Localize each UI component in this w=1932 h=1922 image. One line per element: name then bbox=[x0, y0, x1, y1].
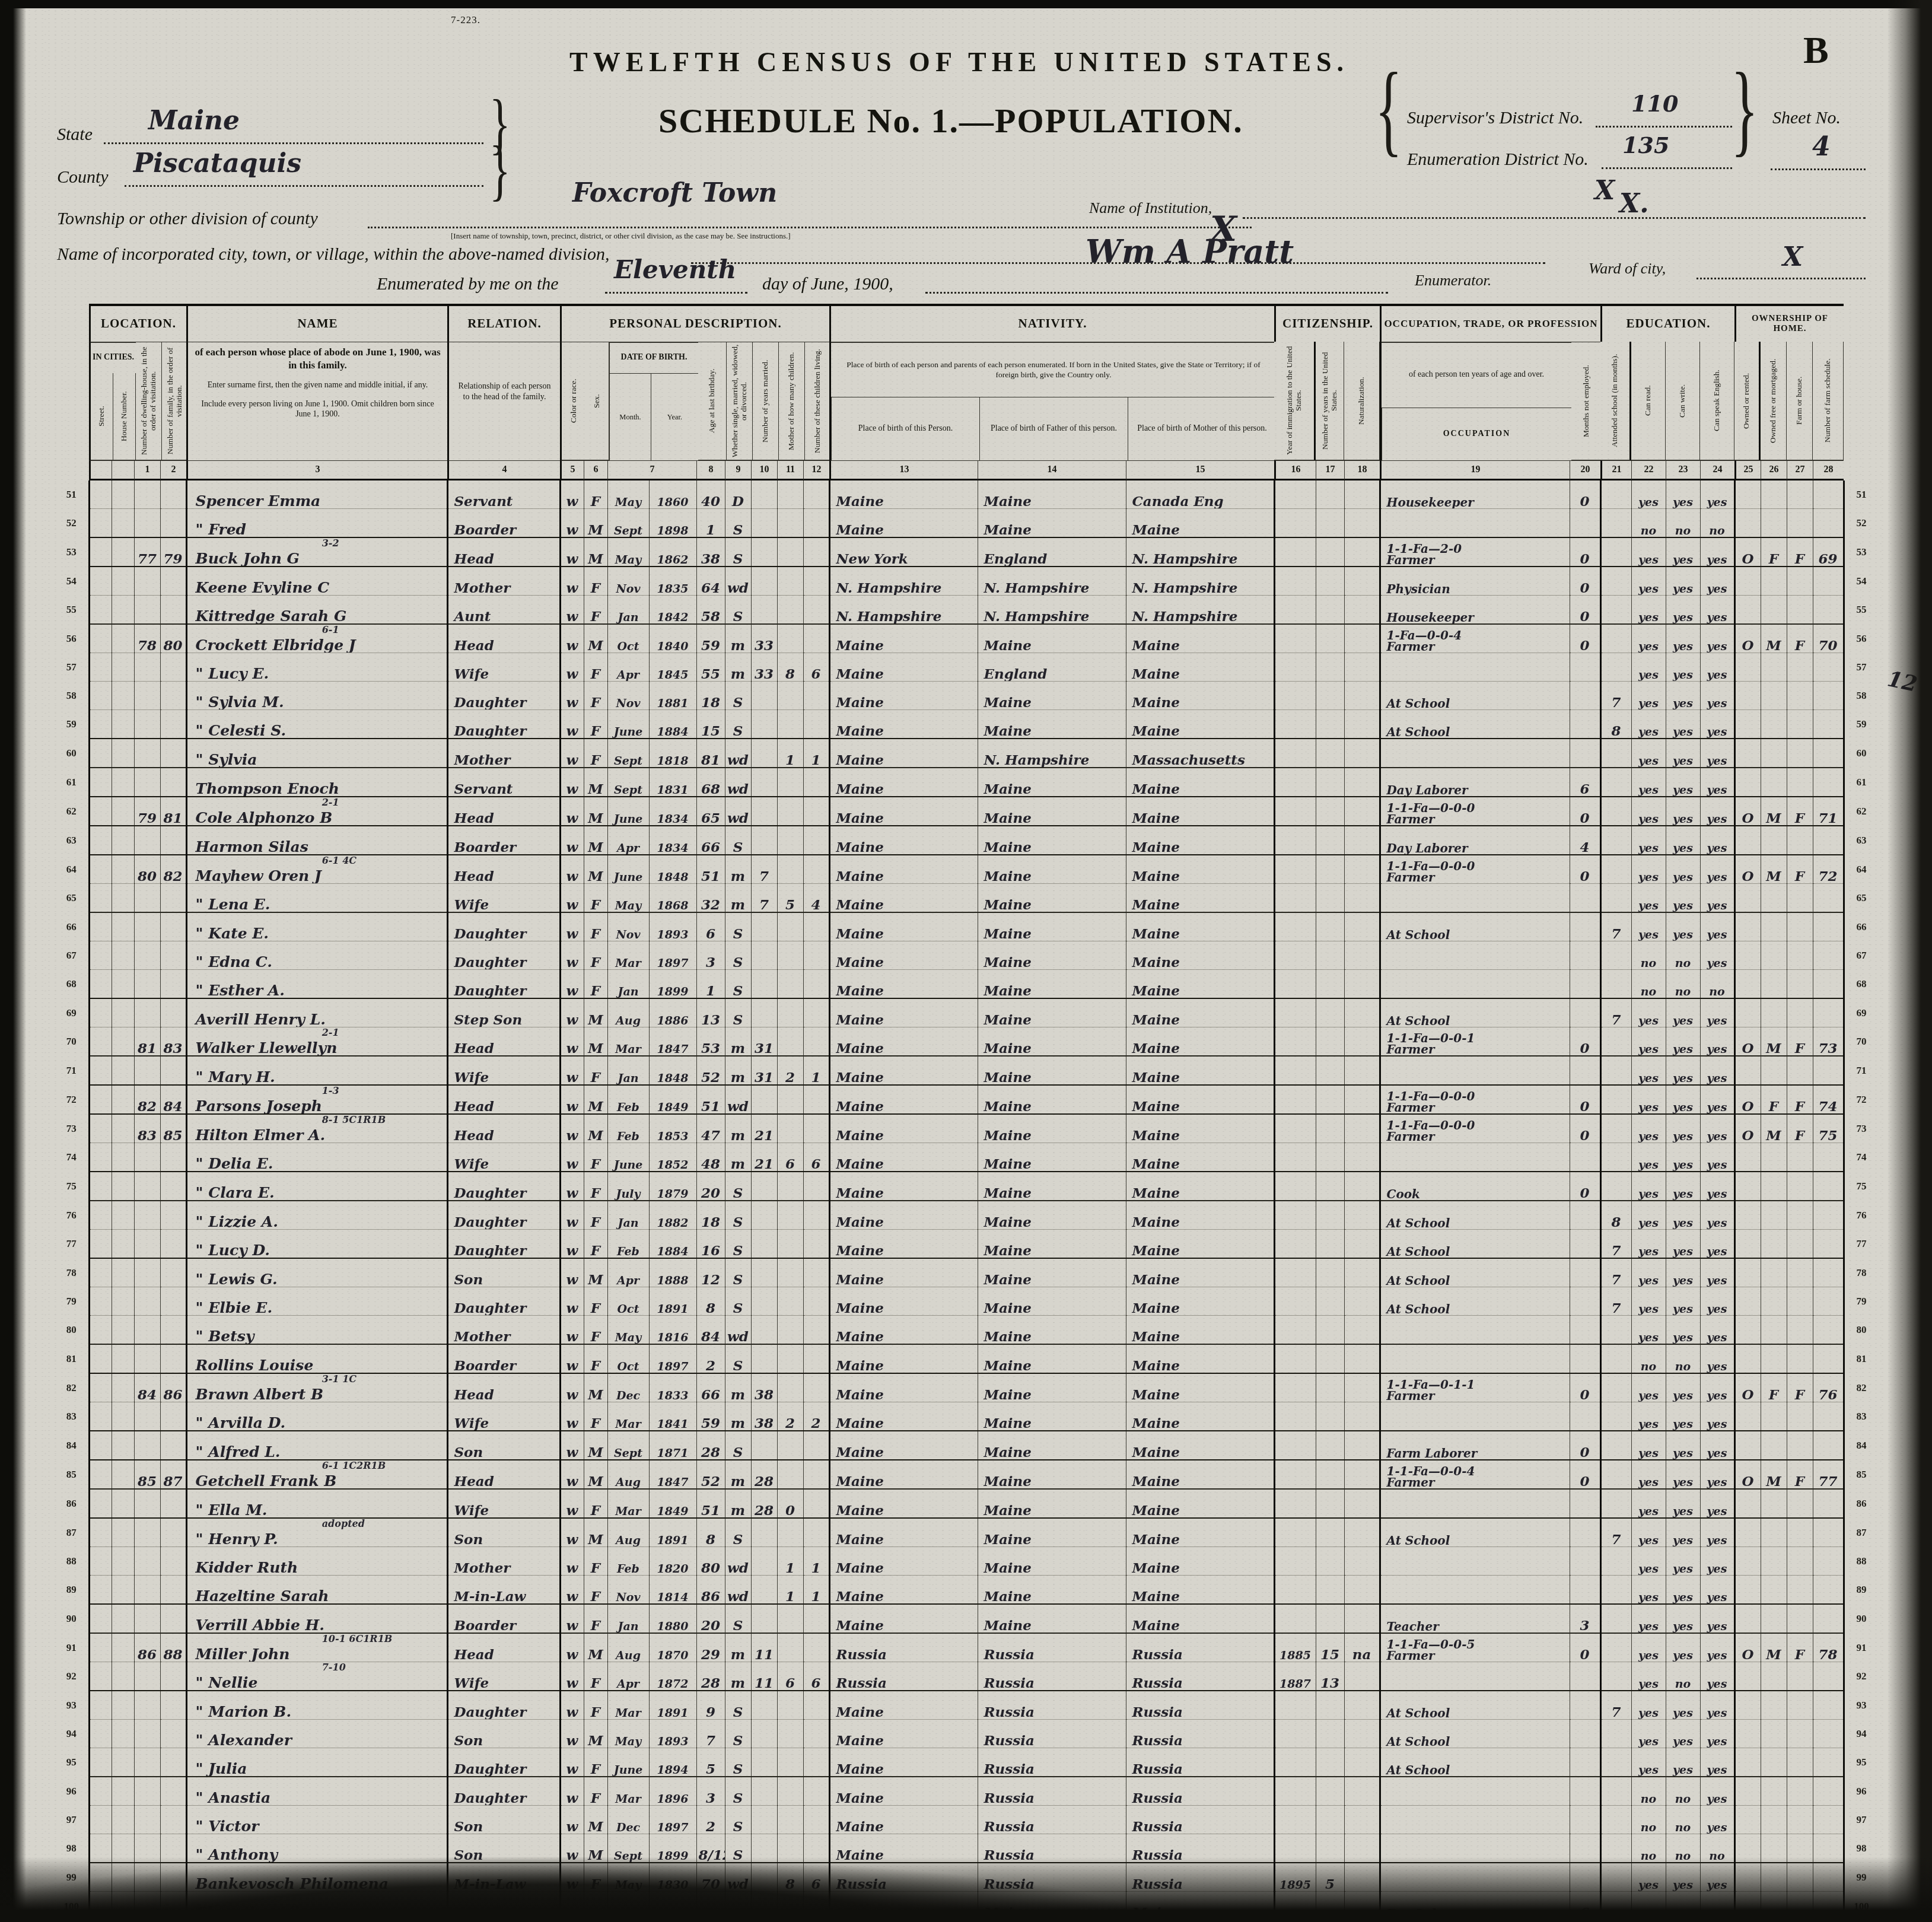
cell-fh bbox=[1787, 1258, 1813, 1287]
row-number-gutter-right bbox=[1844, 304, 1878, 480]
cell-dwell bbox=[134, 1201, 160, 1230]
cell-pob: N. Hampshire bbox=[829, 596, 978, 625]
cell-mc bbox=[777, 855, 803, 884]
cell-street bbox=[89, 768, 112, 797]
cell-fm bbox=[1761, 1547, 1787, 1576]
cell-age: 40 bbox=[696, 480, 725, 509]
cell-street bbox=[89, 826, 112, 855]
cell-fs bbox=[1813, 1576, 1844, 1605]
cell-mne: 3 bbox=[1570, 1604, 1600, 1633]
census-row: 90Verrill Abbie H.BoarderwFJan188020SMai… bbox=[55, 1604, 1878, 1633]
cell-yus bbox=[1316, 1518, 1344, 1547]
enumerated-post-label: day of June, 1900, bbox=[762, 274, 893, 294]
cell-house bbox=[112, 826, 134, 855]
cell-rel: Son bbox=[447, 1258, 560, 1287]
cell-sch: 7 bbox=[1600, 912, 1631, 941]
cell-wr: yes bbox=[1666, 596, 1700, 625]
cell-pob: New York bbox=[829, 537, 978, 567]
sheet-line bbox=[1771, 168, 1866, 170]
cell-ym bbox=[751, 797, 777, 826]
cell-pm: Maine bbox=[1126, 1373, 1274, 1402]
cell-row-number-right: 89 bbox=[1844, 1576, 1878, 1605]
cell-pob: Maine bbox=[829, 1258, 978, 1287]
cell-color: w bbox=[560, 1027, 584, 1057]
township-label: Township or other division of county bbox=[57, 209, 318, 229]
cell-fh bbox=[1787, 1720, 1813, 1748]
cell-cl: 1 bbox=[803, 739, 829, 768]
cell-sch bbox=[1600, 480, 1631, 509]
cell-fs bbox=[1813, 739, 1844, 768]
cell-occ: 1-1-Fa—0-0-5 Farmer bbox=[1380, 1633, 1570, 1662]
cell-own: O bbox=[1734, 1085, 1761, 1114]
cell-sex: F bbox=[584, 970, 607, 999]
census-row: 60" SylviaMotherwFSept181881wd11MaineN. … bbox=[55, 739, 1878, 768]
cell-rd: yes bbox=[1631, 480, 1666, 509]
census-row: 74" Delia E.WifewFJune185248m2166MaineMa… bbox=[55, 1143, 1878, 1172]
cell-own bbox=[1734, 509, 1761, 538]
cell-own: O bbox=[1734, 1114, 1761, 1143]
cell-wr: yes bbox=[1666, 1316, 1700, 1345]
col-header-months-not-employed: Months not employed. bbox=[1571, 342, 1600, 460]
cell-wr: yes bbox=[1666, 710, 1700, 739]
cell-fs bbox=[1813, 1230, 1844, 1259]
cell-sch bbox=[1600, 1720, 1631, 1748]
cell-dwell bbox=[134, 1230, 160, 1259]
scan-edge-left bbox=[0, 0, 26, 1922]
census-row: 75" Clara E.DaughterwFJuly187920SMaineMa… bbox=[55, 1172, 1878, 1201]
cell-name: " Alexander bbox=[186, 1720, 447, 1748]
census-row: 858587Getchell Frank B6-1 1C2R1BHeadwMAu… bbox=[55, 1460, 1878, 1489]
cell-sch bbox=[1600, 509, 1631, 538]
cell-house bbox=[112, 710, 134, 739]
cell-occ: 1-1-Fa—0-0-0 Farmer bbox=[1380, 1085, 1570, 1114]
cell-cl bbox=[803, 912, 829, 941]
cell-pm: Russia bbox=[1126, 1691, 1274, 1720]
cell-row-number-left: 83 bbox=[55, 1402, 89, 1431]
cell-nat bbox=[1344, 537, 1380, 567]
cell-house bbox=[112, 1114, 134, 1143]
cell-fh bbox=[1787, 1402, 1813, 1431]
cell-rel: Daughter bbox=[447, 970, 560, 999]
cell-street bbox=[89, 1691, 112, 1720]
cell-fs bbox=[1813, 480, 1844, 509]
col-header-naturalization: Naturalization. bbox=[1344, 342, 1380, 460]
cell-yus bbox=[1316, 1230, 1344, 1259]
cell-pf: N. Hampshire bbox=[978, 739, 1126, 768]
cell-month: Oct bbox=[607, 1287, 649, 1316]
cell-fh: F bbox=[1787, 797, 1813, 826]
cell-year: 1880 bbox=[649, 1604, 696, 1633]
cell-mc bbox=[777, 1316, 803, 1345]
cell-pob: Maine bbox=[829, 1720, 978, 1748]
cell-pf: Russia bbox=[978, 1748, 1126, 1777]
cell-year: 1820 bbox=[649, 1547, 696, 1576]
cell-house bbox=[112, 855, 134, 884]
cell-wr: no bbox=[1666, 941, 1700, 970]
cell-mc: 6 bbox=[777, 1662, 803, 1691]
cell-rd: yes bbox=[1631, 826, 1666, 855]
cell-mar: S bbox=[725, 596, 751, 625]
cell-fam bbox=[160, 1287, 186, 1316]
cell-nat bbox=[1344, 1547, 1380, 1576]
cell-fh bbox=[1787, 509, 1813, 538]
cell-name: Brawn Albert B3-1 1C bbox=[186, 1373, 447, 1402]
cell-mc bbox=[777, 509, 803, 538]
cell-occ bbox=[1380, 1547, 1570, 1576]
cell-mar: S bbox=[725, 1604, 751, 1633]
cell-nat bbox=[1344, 596, 1380, 625]
group-relation: RELATION. bbox=[447, 304, 560, 342]
cell-rel: Daughter bbox=[447, 1777, 560, 1806]
cell-occ: At School bbox=[1380, 710, 1570, 739]
cell-dwell bbox=[134, 1720, 160, 1748]
cell-mar: wd bbox=[725, 567, 751, 596]
cell-occ: 1-Fa—0-0-4 Farmer bbox=[1380, 624, 1570, 653]
schedule-title: SCHEDULE No. 1.—POPULATION. bbox=[658, 101, 1243, 141]
cell-pm: N. Hampshire bbox=[1126, 537, 1274, 567]
cell-house bbox=[112, 1287, 134, 1316]
cell-fh bbox=[1787, 912, 1813, 941]
cell-name: Rollins Louise bbox=[186, 1344, 447, 1373]
cell-cl bbox=[803, 826, 829, 855]
cell-street bbox=[89, 1777, 112, 1806]
cell-nat bbox=[1344, 912, 1380, 941]
cell-iy bbox=[1274, 1344, 1316, 1373]
cell-mc bbox=[777, 1460, 803, 1489]
col-header-owned-or-rented: Owned or rented. bbox=[1734, 342, 1761, 460]
cell-ym bbox=[751, 480, 777, 509]
cell-mc bbox=[777, 1518, 803, 1547]
cell-iy bbox=[1274, 884, 1316, 913]
cell-own bbox=[1734, 1748, 1761, 1777]
cell-color: w bbox=[560, 1402, 584, 1431]
cell-en: yes bbox=[1700, 739, 1734, 768]
cell-mar: S bbox=[725, 826, 751, 855]
cell-cl bbox=[803, 1027, 829, 1057]
cell-row-number-left: 76 bbox=[55, 1201, 89, 1230]
cell-cl bbox=[803, 1373, 829, 1402]
cell-fm bbox=[1761, 1806, 1787, 1834]
cell-house bbox=[112, 1777, 134, 1806]
cell-mc bbox=[777, 537, 803, 567]
cell-en: yes bbox=[1700, 1056, 1734, 1085]
cell-ym: 38 bbox=[751, 1402, 777, 1431]
cell-street bbox=[89, 1056, 112, 1085]
cell-yus bbox=[1316, 826, 1344, 855]
cell-dwell bbox=[134, 1344, 160, 1373]
cell-occ: At School bbox=[1380, 912, 1570, 941]
cell-row-number-right: 97 bbox=[1844, 1806, 1878, 1834]
cell-mne bbox=[1570, 1806, 1600, 1834]
cell-en: yes bbox=[1700, 1287, 1734, 1316]
cell-color: w bbox=[560, 537, 584, 567]
cell-street bbox=[89, 1143, 112, 1172]
cell-dwell bbox=[134, 1777, 160, 1806]
cell-mc bbox=[777, 1287, 803, 1316]
cell-fh bbox=[1787, 480, 1813, 509]
cell-fs bbox=[1813, 1748, 1844, 1777]
cell-fm bbox=[1761, 1258, 1787, 1287]
census-row: 63Harmon SilasBoarderwMApr183466SMaineMa… bbox=[55, 826, 1878, 855]
cell-age: 51 bbox=[696, 1489, 725, 1518]
cell-row-number-left: 78 bbox=[55, 1258, 89, 1287]
cell-pob: Maine bbox=[829, 710, 978, 739]
cell-fs bbox=[1813, 1287, 1844, 1316]
cell-own bbox=[1734, 1691, 1761, 1720]
cell-dwell bbox=[134, 1806, 160, 1834]
cell-pf: Maine bbox=[978, 768, 1126, 797]
cell-occ: 1-1-Fa—2-0 Farmer bbox=[1380, 537, 1570, 567]
cell-wr: yes bbox=[1666, 1518, 1700, 1547]
cell-mne bbox=[1570, 739, 1600, 768]
cell-age: 2 bbox=[696, 1806, 725, 1834]
cell-nat bbox=[1344, 509, 1380, 538]
cell-nat bbox=[1344, 1777, 1380, 1806]
cell-sch: 8 bbox=[1600, 710, 1631, 739]
cell-sex: F bbox=[584, 1402, 607, 1431]
col-header-children-living: Number of these children living. bbox=[805, 342, 829, 460]
cell-pf: Maine bbox=[978, 1402, 1126, 1431]
cell-mar: S bbox=[725, 1258, 751, 1287]
cell-en: yes bbox=[1700, 480, 1734, 509]
cell-mne: 0 bbox=[1570, 567, 1600, 596]
cell-color: w bbox=[560, 1258, 584, 1287]
cell-year: 1891 bbox=[649, 1518, 696, 1547]
cell-fam bbox=[160, 1576, 186, 1605]
cell-yus bbox=[1316, 884, 1344, 913]
cell-pf: Maine bbox=[978, 1027, 1126, 1057]
cell-fam bbox=[160, 1316, 186, 1345]
cell-nat bbox=[1344, 1143, 1380, 1172]
cell-mc: 1 bbox=[777, 1547, 803, 1576]
col-header-sex: Sex. bbox=[585, 342, 609, 460]
cell-pob: Russia bbox=[829, 1662, 978, 1691]
cell-mc bbox=[777, 1085, 803, 1114]
cell-fm bbox=[1761, 739, 1787, 768]
cell-iy bbox=[1274, 768, 1316, 797]
census-row: 80" BetsyMotherwFMay181684wdMaineMaineMa… bbox=[55, 1316, 1878, 1345]
cell-ym bbox=[751, 1604, 777, 1633]
col-header-mother-of-children: Mother of how many children. bbox=[779, 342, 805, 460]
cell-cl bbox=[803, 941, 829, 970]
census-row: 708183Walker Llewellyn2-1HeadwMMar184753… bbox=[55, 1027, 1878, 1057]
cell-row-number-left: 80 bbox=[55, 1316, 89, 1345]
cell-en: yes bbox=[1700, 1691, 1734, 1720]
cell-age: 52 bbox=[696, 1056, 725, 1085]
census-row: 58" Sylvia M.DaughterwFNov188118SMaineMa… bbox=[55, 682, 1878, 710]
cell-street bbox=[89, 1547, 112, 1576]
cell-fam bbox=[160, 998, 186, 1027]
cell-mne bbox=[1570, 1402, 1600, 1431]
nativity-caption: Place of birth of each person and parent… bbox=[831, 342, 1274, 397]
cell-rd: yes bbox=[1631, 1691, 1666, 1720]
cell-own bbox=[1734, 884, 1761, 913]
cell-wr: yes bbox=[1666, 1748, 1700, 1777]
cell-pf: Maine bbox=[978, 509, 1126, 538]
cell-sch bbox=[1600, 1460, 1631, 1489]
cell-name: " Anastia bbox=[186, 1777, 447, 1806]
cell-street bbox=[89, 1114, 112, 1143]
cell-fam: 88 bbox=[160, 1633, 186, 1662]
cell-month: June bbox=[607, 710, 649, 739]
cell-yus bbox=[1316, 1373, 1344, 1402]
cell-dwell bbox=[134, 1143, 160, 1172]
cell-fs bbox=[1813, 998, 1844, 1027]
cell-rel: Head bbox=[447, 797, 560, 826]
census-row: 76" Lizzie A.DaughterwFJan188218SMaineMa… bbox=[55, 1201, 1878, 1230]
cell-yus bbox=[1316, 855, 1344, 884]
enumerator-annotation: 1-3 bbox=[322, 1086, 339, 1096]
census-row: 66" Kate E.DaughterwFNov18936SMaineMaine… bbox=[55, 912, 1878, 941]
group-education: EDUCATION. bbox=[1600, 304, 1734, 342]
cell-ym bbox=[751, 970, 777, 999]
cell-pob: Maine bbox=[829, 1287, 978, 1316]
cell-pm: Maine bbox=[1126, 1201, 1274, 1230]
cell-occ: 1-1-Fa—0-0-0 Farmer bbox=[1380, 1114, 1570, 1143]
cell-fs bbox=[1813, 1056, 1844, 1085]
cell-name: " Victor bbox=[186, 1806, 447, 1834]
cell-color: w bbox=[560, 1806, 584, 1834]
cell-fs bbox=[1813, 1344, 1844, 1373]
cell-pob: Maine bbox=[829, 1576, 978, 1605]
cell-pf: Russia bbox=[978, 1720, 1126, 1748]
cell-yus bbox=[1316, 1316, 1344, 1345]
cell-year: 1834 bbox=[649, 826, 696, 855]
cell-fs: 70 bbox=[1813, 624, 1844, 653]
enumerator-annotation: 3-2 bbox=[322, 539, 339, 548]
cell-occ: At School bbox=[1380, 998, 1570, 1027]
cell-nat bbox=[1344, 1691, 1380, 1720]
cell-own: O bbox=[1734, 537, 1761, 567]
census-row: 738385Hilton Elmer A.8-1 5C1R1BHeadwMFeb… bbox=[55, 1114, 1878, 1143]
cell-mc bbox=[777, 1230, 803, 1259]
cell-dwell bbox=[134, 682, 160, 710]
cell-street bbox=[89, 1720, 112, 1748]
cell-ym: 7 bbox=[751, 855, 777, 884]
cell-fh bbox=[1787, 1316, 1813, 1345]
cell-fam bbox=[160, 480, 186, 509]
cell-mar: S bbox=[725, 509, 751, 538]
cell-age: 1 bbox=[696, 970, 725, 999]
cell-color: w bbox=[560, 1201, 584, 1230]
institution-x-mark: X bbox=[1594, 176, 1615, 206]
cell-wr: yes bbox=[1666, 567, 1700, 596]
cell-rel: Wife bbox=[447, 653, 560, 682]
cell-rel: Daughter bbox=[447, 912, 560, 941]
cell-yus bbox=[1316, 1402, 1344, 1431]
cell-dwell bbox=[134, 1316, 160, 1345]
col-number-dwell: 1 bbox=[134, 460, 160, 480]
group-personal-description: PERSONAL DESCRIPTION. bbox=[560, 304, 829, 342]
cell-name: Spencer Emma bbox=[186, 480, 447, 509]
census-row: 95" JuliaDaughterwFJune18945SMaineRussia… bbox=[55, 1748, 1878, 1777]
cell-fam bbox=[160, 1720, 186, 1748]
cell-iy bbox=[1274, 567, 1316, 596]
cell-fh bbox=[1787, 941, 1813, 970]
cell-iy bbox=[1274, 1460, 1316, 1489]
cell-fh: F bbox=[1787, 624, 1813, 653]
cell-fm bbox=[1761, 1518, 1787, 1547]
cell-pf: Russia bbox=[978, 1691, 1126, 1720]
cell-color: w bbox=[560, 1230, 584, 1259]
cell-mar: wd bbox=[725, 739, 751, 768]
cell-cl bbox=[803, 855, 829, 884]
cell-iy: 1887 bbox=[1274, 1662, 1316, 1691]
cell-rel: Mother bbox=[447, 567, 560, 596]
cell-nat bbox=[1344, 1201, 1380, 1230]
cell-en: yes bbox=[1700, 826, 1734, 855]
cell-fh bbox=[1787, 1344, 1813, 1373]
cell-pf: Maine bbox=[978, 1489, 1126, 1518]
cell-age: 3 bbox=[696, 941, 725, 970]
cell-mne bbox=[1570, 1316, 1600, 1345]
cell-sch bbox=[1600, 1662, 1631, 1691]
cell-pf: Maine bbox=[978, 1518, 1126, 1547]
cell-iy bbox=[1274, 970, 1316, 999]
cell-mc bbox=[777, 1720, 803, 1748]
cell-rel: Servant bbox=[447, 480, 560, 509]
cell-nat bbox=[1344, 1344, 1380, 1373]
cell-dwell: 78 bbox=[134, 624, 160, 653]
cell-fam bbox=[160, 1172, 186, 1201]
cell-mar: wd bbox=[725, 768, 751, 797]
cell-own: O bbox=[1734, 1460, 1761, 1489]
cell-house bbox=[112, 1344, 134, 1373]
cell-fam bbox=[160, 567, 186, 596]
cell-pf: Maine bbox=[978, 1576, 1126, 1605]
cell-sch bbox=[1600, 1576, 1631, 1605]
cell-wr: yes bbox=[1666, 912, 1700, 941]
cell-occ: 1-1-Fa—0-0-4 Farmer bbox=[1380, 1460, 1570, 1489]
cell-fm: M bbox=[1761, 1460, 1787, 1489]
supervisor-label: Supervisor's District No. bbox=[1407, 108, 1583, 128]
cell-pob: Maine bbox=[829, 1230, 978, 1259]
cell-nat bbox=[1344, 1662, 1380, 1691]
cell-fam bbox=[160, 682, 186, 710]
cell-pf: Maine bbox=[978, 884, 1126, 913]
cell-fam bbox=[160, 1547, 186, 1576]
cell-mc bbox=[777, 1344, 803, 1373]
cell-en: yes bbox=[1700, 884, 1734, 913]
cell-ym: 7 bbox=[751, 884, 777, 913]
cell-pm: Maine bbox=[1126, 1576, 1274, 1605]
cell-own bbox=[1734, 710, 1761, 739]
cell-iy bbox=[1274, 1402, 1316, 1431]
city-label: Name of incorporated city, town, or vill… bbox=[57, 244, 610, 265]
cell-occ bbox=[1380, 1806, 1570, 1834]
cell-house bbox=[112, 1431, 134, 1460]
cell-wr: no bbox=[1666, 970, 1700, 999]
cell-sch: 7 bbox=[1600, 1691, 1631, 1720]
cell-row-number-left: 87 bbox=[55, 1518, 89, 1547]
cell-month: Aug bbox=[607, 998, 649, 1027]
cell-year: 1893 bbox=[649, 912, 696, 941]
personal-description-subheader: Color or race.Sex.DATE OF BIRTH.Month.Ye… bbox=[560, 342, 829, 460]
cell-age: 48 bbox=[696, 1143, 725, 1172]
cell-house bbox=[112, 1633, 134, 1662]
cell-mar: S bbox=[725, 1777, 751, 1806]
cell-pob: Maine bbox=[829, 1344, 978, 1373]
cell-nat bbox=[1344, 1316, 1380, 1345]
cell-month: Jan bbox=[607, 596, 649, 625]
cell-rd: yes bbox=[1631, 912, 1666, 941]
cell-occ bbox=[1380, 1143, 1570, 1172]
cell-yus bbox=[1316, 797, 1344, 826]
cell-row-number-right: 70 bbox=[1844, 1027, 1878, 1057]
cell-mne bbox=[1570, 1777, 1600, 1806]
cell-yus bbox=[1316, 1748, 1344, 1777]
cell-mc bbox=[777, 1748, 803, 1777]
